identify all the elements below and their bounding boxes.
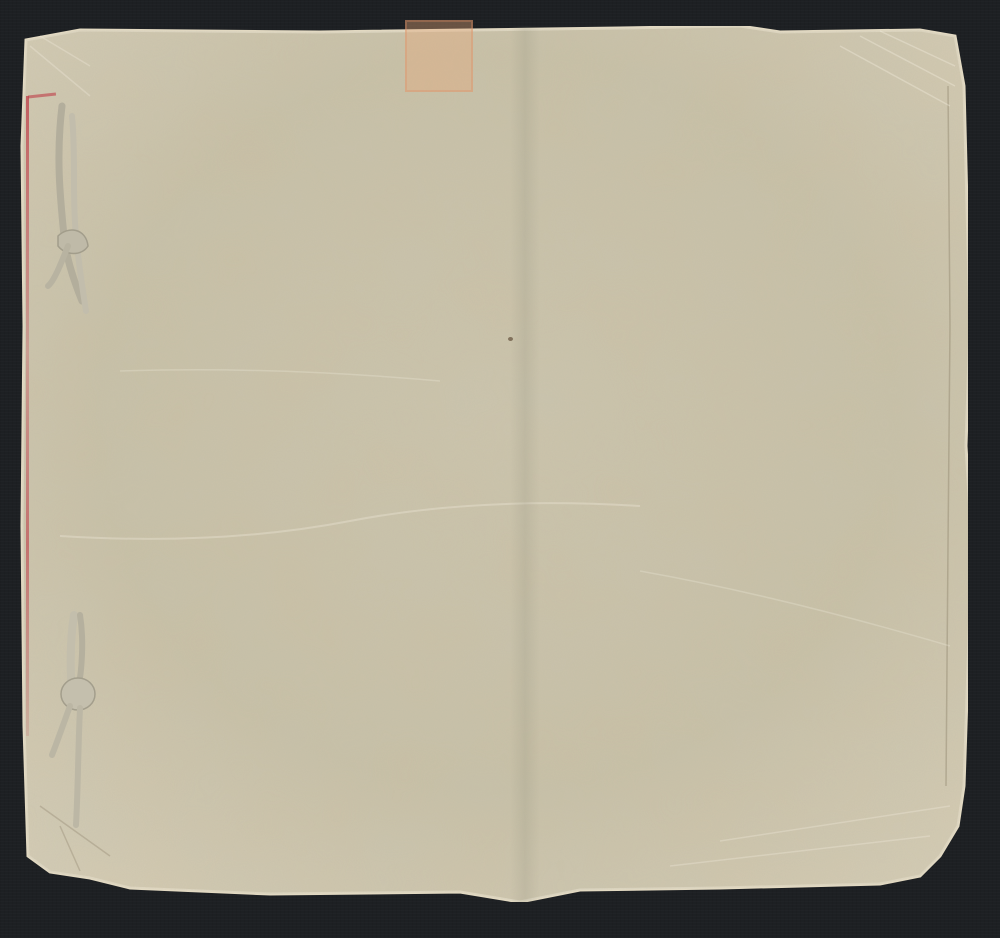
red-seal-stamp <box>405 20 473 92</box>
paper-shape <box>20 26 968 902</box>
center-fold <box>510 26 540 902</box>
upper-string-tie-icon <box>42 96 102 326</box>
ink-spot <box>508 337 513 341</box>
red-binding-line <box>26 96 29 736</box>
booklet-cover <box>20 26 968 902</box>
lower-string-tie-icon <box>48 610 108 840</box>
